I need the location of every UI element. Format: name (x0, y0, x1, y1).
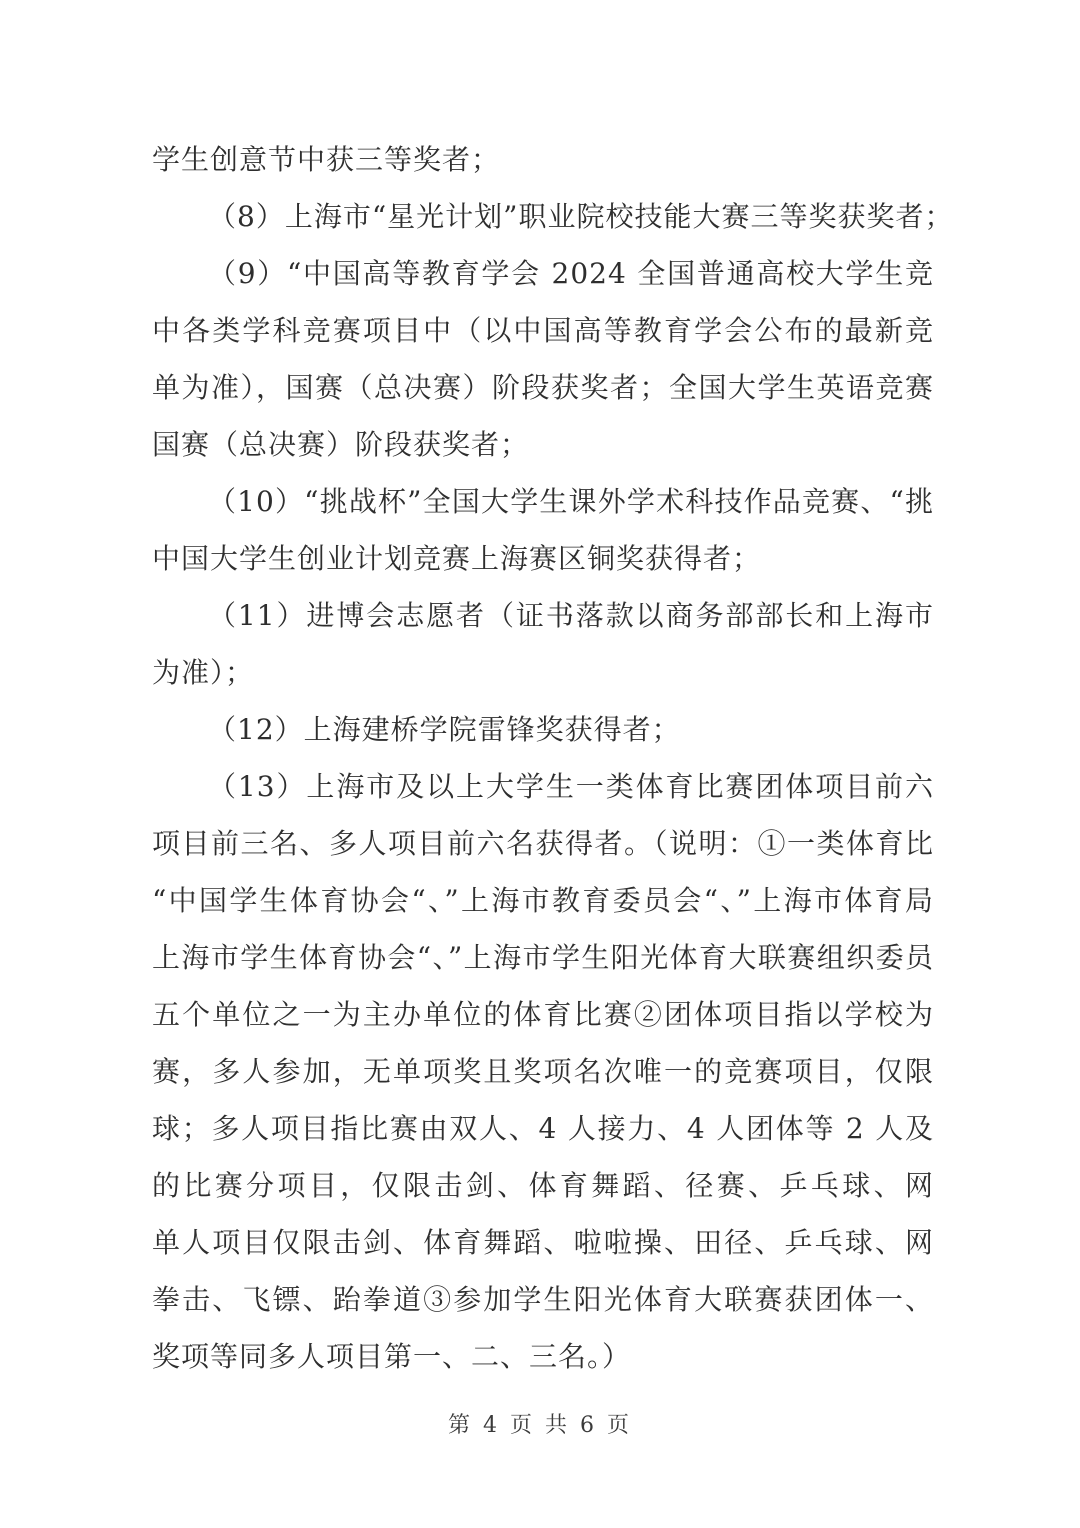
text-line: 五个单位之一为主办单位的体育比赛②团体项目指以学校为单位参 (152, 986, 934, 1043)
text-line: 为准）； (152, 644, 934, 701)
document-body: 学生创意节中获三等奖者； （8）上海市“星光计划”职业院校技能大赛三等奖获奖者；… (152, 131, 934, 1385)
text-line: 单为准），国赛（总决赛）阶段获奖者；全国大学生英语竞赛 NECCS (152, 359, 934, 416)
text-line: 中各类学科竞赛项目中（以中国高等教育学会公布的最新竞赛项目名 (152, 302, 934, 359)
text-line: 上海市学生体育协会“、”上海市学生阳光体育大联赛组织委员会” (152, 929, 934, 986)
text-line: 奖项等同多人项目第一、二、三名。） (152, 1328, 934, 1385)
text-line: 的比赛分项目，仅限击剑、体育舞蹈、径赛、乒乓球、网球、武术； (152, 1157, 934, 1214)
text-line: 项目前三名、多人项目前六名获得者。（说明：①一类体育比赛指由 (152, 815, 934, 872)
text-line: （8）上海市“星光计划”职业院校技能大赛三等奖获奖者； (152, 188, 934, 245)
text-line: （13）上海市及以上大学生一类体育比赛团体项目前六名、单人 (152, 758, 934, 815)
text-line: 球；多人项目指比赛由双人、4 人接力、4 人团体等 2 人及以上参加 (152, 1100, 934, 1157)
text-line: 拳击、飞镖、跆拳道③参加学生阳光体育大联赛获团体一、二、三等 (152, 1271, 934, 1328)
text-line: “中国学生体育协会“、”上海市教育委员会“、”上海市体育局“、” (152, 872, 934, 929)
document-page: 学生创意节中获三等奖者； （8）上海市“星光计划”职业院校技能大赛三等奖获奖者；… (0, 0, 1080, 1528)
text-line: （11）进博会志愿者（证书落款以商务部部长和上海市市长签名 (152, 587, 934, 644)
text-line: （9）“中国高等教育学会 2024 全国普通高校大学生竞赛排行榜” (152, 245, 934, 302)
text-line: 单人项目仅限击剑、体育舞蹈、啦啦操、田径、乒乓球、网球、武术、 (152, 1214, 934, 1271)
text-line: （12）上海建桥学院雷锋奖获得者； (152, 701, 934, 758)
text-line: 赛，多人参加，无单项奖且奖项名次唯一的竞赛项目，仅限篮球、足 (152, 1043, 934, 1100)
page-footer: 第 4 页 共 6 页 (0, 1408, 1080, 1439)
text-line: 国赛（总决赛）阶段获奖者； (152, 416, 934, 473)
text-line: 中国大学生创业计划竞赛上海赛区铜奖获得者； (152, 530, 934, 587)
text-line: 学生创意节中获三等奖者； (152, 131, 934, 188)
text-line: （10）“挑战杯”全国大学生课外学术科技作品竞赛、“挑战杯” (152, 473, 934, 530)
